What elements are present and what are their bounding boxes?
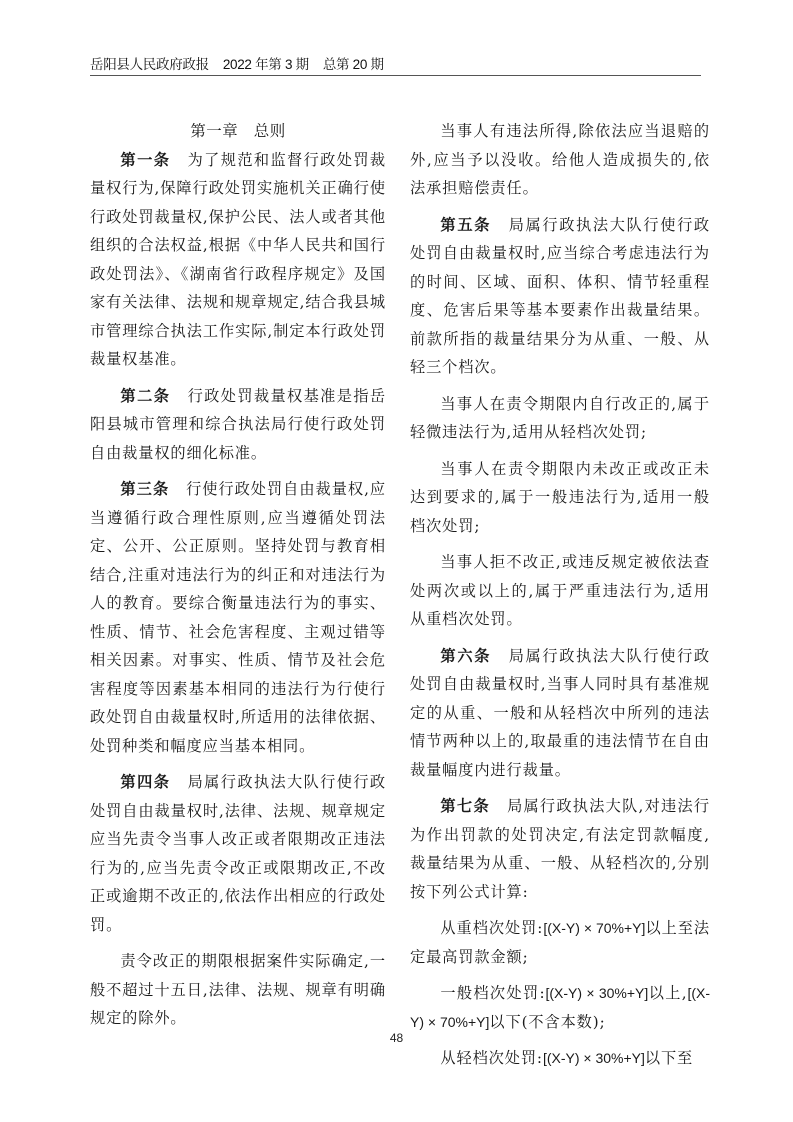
article-text: 为了规范和监督行政处罚裁量权行为,保障行政处罚实施机关正确行使行政处罚裁量权,保…: [90, 151, 386, 369]
formula-prefix: 一般档次处罚:: [440, 984, 545, 1002]
article-label: 第五条: [440, 216, 491, 234]
article-label: 第七条: [440, 797, 490, 815]
formula-prefix: 从轻档次处罚:: [440, 1049, 543, 1067]
formula-prefix: 从重档次处罚:: [440, 919, 543, 937]
article-4-paragraph-2: 责令改正的期限根据案件实际确定,一般不超过十五日,法律、法规、规章有明确规定的除…: [90, 947, 386, 1033]
article-text: 行使行政处罚自由裁量权,应当遵循行政合理性原则,应当遵循处罚法定、公开、公正原则…: [90, 480, 386, 755]
chapter-title: 总则: [254, 122, 286, 140]
page-number: 48: [0, 1031, 793, 1045]
article-3: 第三条行使行政处罚自由裁量权,应当遵循行政合理性原则,应当遵循处罚法定、公开、公…: [90, 475, 386, 760]
article-2: 第二条行政处罚裁量权基准是指岳阳县城市管理和综合执法局行使行政处罚自由裁量权的细…: [90, 382, 386, 468]
formula-heavy: 从重档次处罚:[(X-Y) × 70%+Y]以上至法定最高罚款金额;: [410, 914, 710, 971]
article-7: 第七条局属行政执法大队,对违法行为作出罚款的处罚决定,有法定罚款幅度,裁量结果为…: [410, 792, 710, 906]
left-column: 第一章总则 第一条为了规范和监督行政处罚裁量权行为,保障行政处罚实施机关正确行使…: [90, 117, 386, 1041]
article-text: 局属行政执法大队行使行政处罚自由裁量权时,当事人同时具有基准规定的从重、一般和从…: [410, 647, 710, 779]
chapter-number: 第一章: [190, 122, 238, 140]
publication-title: 岳阳县人民政府政报: [90, 57, 209, 72]
article-text: 局属行政执法大队行使行政处罚自由裁量权时,法律、法规、规章规定应当先责令当事人改…: [90, 773, 386, 934]
issue-label: 2022 年第 3 期: [223, 57, 309, 72]
article-4-paragraph-3: 当事人有违法所得,除依法应当退赔的外,应当予以没收。给他人造成损失的,依法承担赔…: [410, 117, 710, 203]
article-text: 局属行政执法大队行使行政处罚自由裁量权时,应当综合考虑违法行为的时间、区域、面积…: [410, 216, 710, 377]
formula-expression: [(X-Y) × 30%+Y]: [543, 1050, 645, 1066]
article-5-general-violation: 当事人在责令期限内未改正或改正未达到要求的,属于一般违法行为,适用一般档次处罚;: [410, 455, 710, 541]
formula-light: 从轻档次处罚:[(X-Y) × 30%+Y]以下至: [410, 1044, 710, 1073]
article-label: 第六条: [440, 647, 491, 665]
formula-expression: [(X-Y) × 30%+Y]: [545, 985, 648, 1001]
formula-suffix: 以下至: [645, 1049, 693, 1067]
formula-mid: 以上,: [648, 984, 687, 1002]
article-5: 第五条局属行政执法大队行使行政处罚自由裁量权时,应当综合考虑违法行为的时间、区域…: [410, 211, 710, 382]
running-header: 岳阳县人民政府政报2022 年第 3 期总第 20 期: [90, 57, 701, 76]
article-4: 第四条局属行政执法大队行使行政处罚自由裁量权时,法律、法规、规章规定应当先责令当…: [90, 768, 386, 939]
article-1: 第一条为了规范和监督行政处罚裁量权行为,保障行政处罚实施机关正确行使行政处罚裁量…: [90, 146, 386, 374]
total-issue-label: 总第 20 期: [323, 57, 384, 72]
article-label: 第二条: [120, 387, 170, 405]
article-6: 第六条局属行政执法大队行使行政处罚自由裁量权时,当事人同时具有基准规定的从重、一…: [410, 642, 710, 785]
article-5-serious-violation: 当事人拒不改正,或违反规定被依法查处两次或以上的,属于严重违法行为,适用从重档次…: [410, 548, 710, 634]
right-column: 当事人有违法所得,除依法应当退赔的外,应当予以没收。给他人造成损失的,依法承担赔…: [410, 117, 710, 1081]
formula-general: 一般档次处罚:[(X-Y) × 30%+Y]以上,[(X-Y) × 70%+Y]…: [410, 979, 710, 1036]
formula-suffix: 以下(不含本数);: [489, 1013, 605, 1031]
formula-expression: [(X-Y) × 70%+Y]: [543, 920, 645, 936]
article-label: 第四条: [120, 773, 170, 791]
article-label: 第三条: [120, 480, 169, 498]
article-5-light-violation: 当事人在责令期限内自行改正的,属于轻微违法行为,适用从轻档次处罚;: [410, 390, 710, 447]
article-label: 第一条: [120, 151, 170, 169]
chapter-heading: 第一章总则: [90, 117, 386, 146]
